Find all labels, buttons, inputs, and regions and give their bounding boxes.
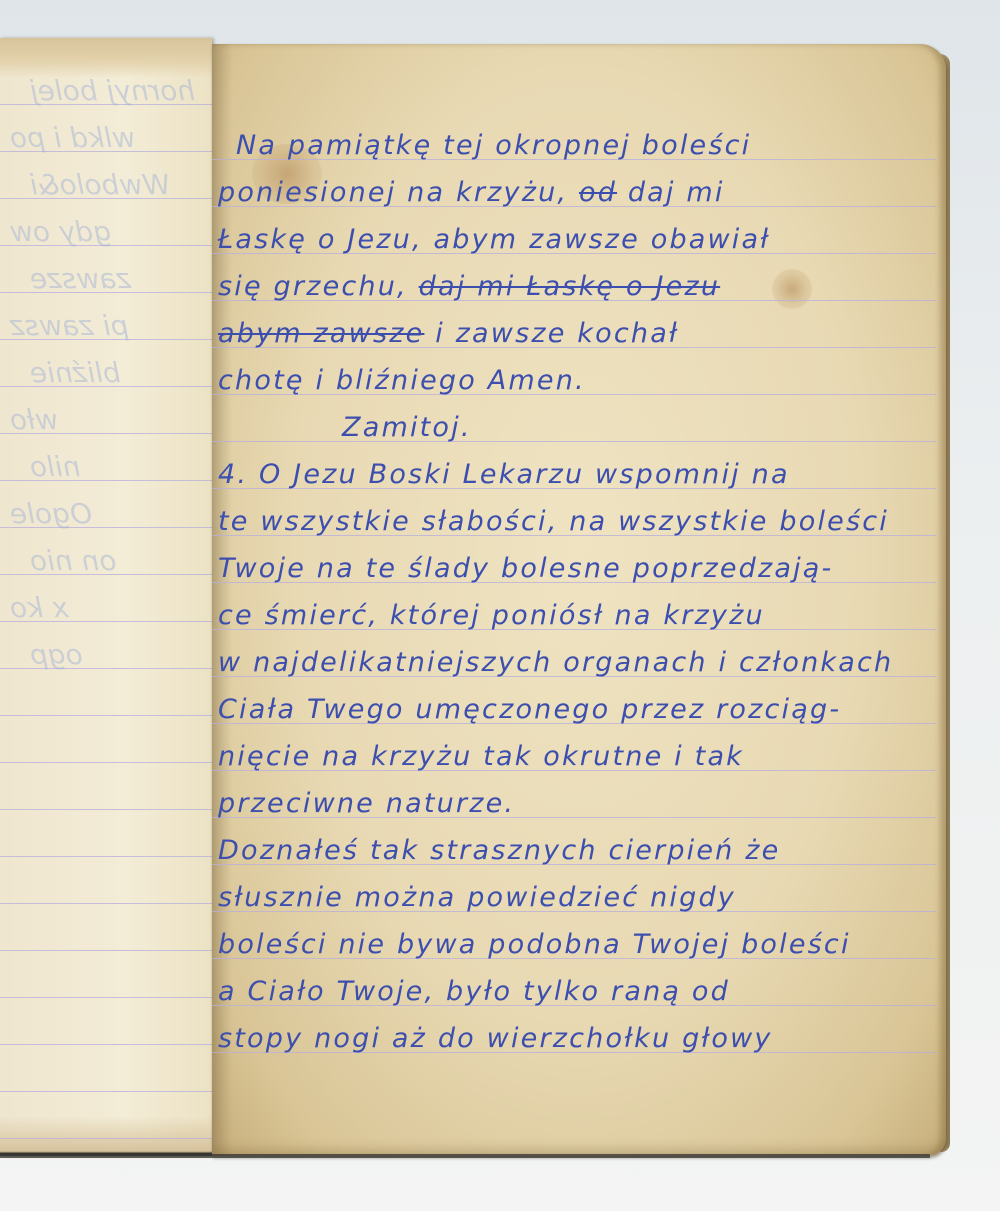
handwritten-line: się grzechu, daj mi Łaskę o Jezu [218, 273, 720, 300]
left-notebook-page: hornyj bolejwlkd i poWwbolo&igdy owzawsz… [0, 38, 212, 1156]
line-text: Ciała Twego umęczonego przez rozciąg- [218, 694, 841, 725]
line-text: te wszystkie słabości, na wszystkie bole… [218, 506, 889, 537]
ruled-line [0, 903, 212, 904]
ruled-line [0, 856, 212, 857]
line-text: a Ciało Twoje, było tylko raną od [218, 976, 730, 1007]
handwritten-line: te wszystkie słabości, na wszystkie bole… [218, 508, 889, 535]
handwritten-line: nięcie na krzyżu tak okrutne i tak [218, 743, 744, 770]
page-bottom-edge [0, 1116, 212, 1156]
notebook-bottom-shadow [0, 1154, 930, 1158]
line-text: Zamitoj. [342, 412, 472, 443]
handwritten-line: chotę i bliźniego Amen. [218, 367, 586, 394]
line-text: poniesionej na krzyżu, [218, 177, 579, 208]
line-text: słusznie można powiedzieć nigdy [218, 882, 736, 913]
line-text: Na pamiątkę tej okropnej boleści [236, 130, 751, 161]
bleed-through-text: gdy ow [10, 215, 111, 248]
line-text: stopy nogi aż do wierzchołku głowy [218, 1023, 773, 1054]
handwritten-line: Łaskę o Jezu, abym zawsze obawiał [218, 226, 770, 253]
bleed-through-text: ogp [30, 638, 83, 671]
bleed-through-text: wlkd i po [10, 121, 135, 154]
water-stain-top [0, 38, 212, 78]
line-text: i zawsze kochał [424, 318, 679, 349]
handwritten-text-block: Na pamiątkę tej okropnej boleściponiesio… [212, 44, 946, 1156]
ruled-line [0, 809, 212, 810]
line-text: daj mi [617, 177, 725, 208]
bleed-through-text: hornyj bolej [30, 74, 195, 107]
bleed-through-text: x ko [10, 591, 69, 624]
line-text: przeciwne naturze. [218, 788, 515, 819]
bleed-through-text: on nio [30, 544, 116, 577]
handwritten-line: 4. O Jezu Boski Lekarzu wspomnij na [218, 461, 790, 488]
bleed-through-text: pi zawsz [10, 309, 129, 342]
line-text: Łaskę o Jezu, abym zawsze obawiał [218, 224, 770, 255]
handwritten-line: przeciwne naturze. [218, 790, 515, 817]
line-text: nięcie na krzyżu tak okrutne i tak [218, 741, 744, 772]
ruled-line [0, 1091, 212, 1092]
struck-through-text: daj mi Łaskę o Jezu [419, 271, 721, 302]
handwritten-line: Doznałeś tak strasznych cierpień że [218, 837, 780, 864]
bleed-through-text: bliźnie [30, 356, 121, 389]
handwritten-line: Na pamiątkę tej okropnej boleści [236, 132, 751, 159]
line-text: Doznałeś tak strasznych cierpień że [218, 835, 780, 866]
ruled-line [0, 950, 212, 951]
struck-through-text: abym zawsze [218, 318, 424, 349]
ruled-line [0, 997, 212, 998]
handwritten-line: Twoje na te ślady bolesne poprzedzają- [218, 555, 834, 582]
handwritten-line: Ciała Twego umęczonego przez rozciąg- [218, 696, 841, 723]
ruled-line [0, 715, 212, 716]
handwritten-line: stopy nogi aż do wierzchołku głowy [218, 1025, 773, 1052]
handwritten-line: abym zawsze i zawsze kochał [218, 320, 679, 347]
handwritten-line: a Ciało Twoje, było tylko raną od [218, 978, 730, 1005]
struck-through-text: od [579, 177, 617, 208]
bleed-through-text: Ogole [10, 497, 92, 530]
handwritten-line: Zamitoj. [342, 414, 472, 441]
bleed-through-text: nilo [30, 450, 80, 483]
bleed-through-text: zawsze [30, 262, 131, 295]
bleed-through-text: Wwbolo&i [30, 168, 170, 201]
ruled-line [0, 1044, 212, 1045]
handwritten-line: boleści nie bywa podobna Twojej boleści [218, 931, 851, 958]
right-notebook-page: Na pamiątkę tej okropnej boleściponiesio… [212, 44, 946, 1156]
handwritten-line: słusznie można powiedzieć nigdy [218, 884, 736, 911]
line-text: Twoje na te ślady bolesne poprzedzają- [218, 553, 834, 584]
handwritten-line: poniesionej na krzyżu, od daj mi [218, 179, 725, 206]
bleed-through-text: wło [10, 403, 58, 436]
line-text: się grzechu, [218, 271, 419, 302]
handwritten-line: w najdelikatniejszych organach i członka… [218, 649, 893, 676]
ruled-line [0, 762, 212, 763]
line-text: w najdelikatniejszych organach i członka… [218, 647, 893, 678]
line-text: 4. O Jezu Boski Lekarzu wspomnij na [218, 459, 790, 490]
line-text: boleści nie bywa podobna Twojej boleści [218, 929, 851, 960]
handwritten-line: ce śmierć, której poniósł na krzyżu [218, 602, 765, 629]
line-text: ce śmierć, której poniósł na krzyżu [218, 600, 765, 631]
ruled-line [0, 1138, 212, 1139]
line-text: chotę i bliźniego Amen. [218, 365, 586, 396]
